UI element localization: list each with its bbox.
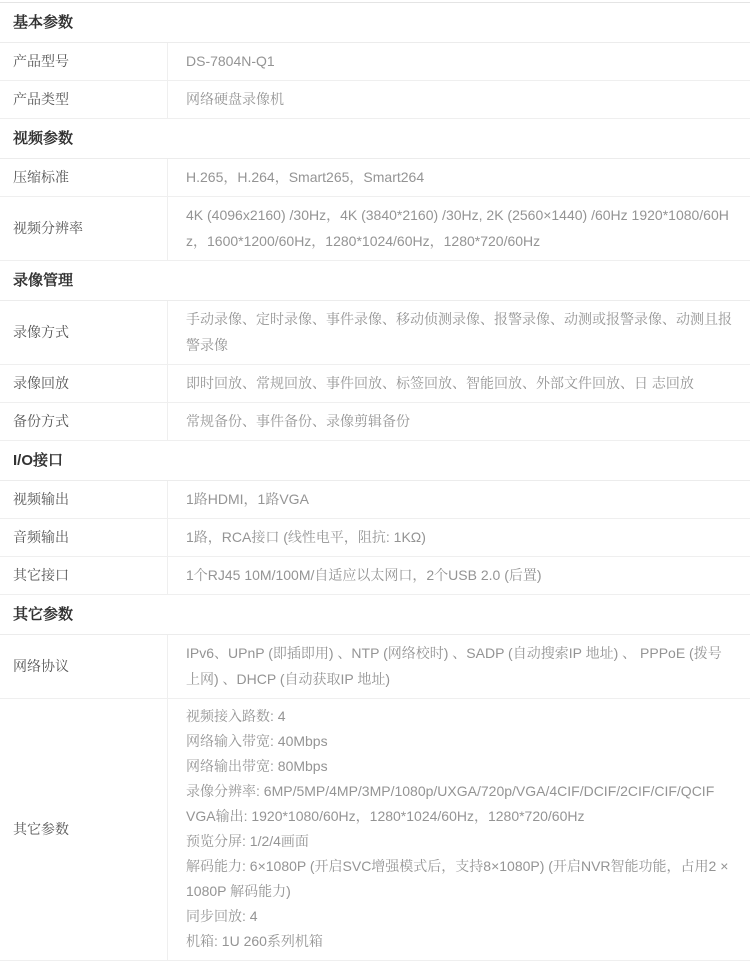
section-title: 其它参数 [0, 595, 750, 635]
spec-label: 网络协议 [0, 635, 168, 698]
section-recording-management: 录像管理 录像方式 手动录像、定时录像、事件录像、移动侦测录像、报警录像、动测或… [0, 261, 750, 441]
spec-value: 即时回放、常规回放、事件回放、标签回放、智能回放、外部文件回放、日 志回放 [168, 365, 750, 402]
section-title: 基本参数 [0, 3, 750, 43]
spec-label: 其它接口 [0, 557, 168, 594]
spec-value: 1个RJ45 10M/100M/自适应以太网口，2个USB 2.0 (后置) [168, 557, 750, 594]
spec-label: 压缩标准 [0, 159, 168, 196]
spec-label: 视频分辨率 [0, 197, 168, 260]
spec-label: 音频输出 [0, 519, 168, 556]
spec-label: 视频输出 [0, 481, 168, 518]
spec-value: 1路，RCA接口 (线性电平，阻抗: 1KΩ) [168, 519, 750, 556]
section-io-interface: I/O接口 视频输出 1路HDMI，1路VGA 音频输出 1路，RCA接口 (线… [0, 441, 750, 595]
spec-value: 1路HDMI，1路VGA [168, 481, 750, 518]
spec-row: 其它接口 1个RJ45 10M/100M/自适应以太网口，2个USB 2.0 (… [0, 557, 750, 595]
spec-value: IPv6、UPnP (即插即用) 、NTP (网络校时) 、SADP (自动搜索… [168, 635, 750, 698]
spec-row: 录像回放 即时回放、常规回放、事件回放、标签回放、智能回放、外部文件回放、日 志… [0, 365, 750, 403]
spec-row: 录像方式 手动录像、定时录像、事件录像、移动侦测录像、报警录像、动测或报警录像、… [0, 301, 750, 365]
spec-label: 产品型号 [0, 43, 168, 80]
spec-row: 视频分辨率 4K (4096x2160) /30Hz，4K (3840*2160… [0, 197, 750, 261]
spec-label: 其它参数 [0, 699, 168, 960]
section-basic-params: 基本参数 产品型号 DS-7804N-Q1 产品类型 网络硬盘录像机 [0, 3, 750, 119]
spec-value: DS-7804N-Q1 [168, 43, 750, 80]
spec-row: 产品型号 DS-7804N-Q1 [0, 43, 750, 81]
spec-value: 视频接入路数: 4 网络输入带宽: 40Mbps 网络输出带宽: 80Mbps … [168, 699, 750, 960]
spec-row: 产品类型 网络硬盘录像机 [0, 81, 750, 119]
section-title: 视频参数 [0, 119, 750, 159]
spec-label: 录像方式 [0, 301, 168, 364]
spec-value: 手动录像、定时录像、事件录像、移动侦测录像、报警录像、动测或报警录像、动测且报警… [168, 301, 750, 364]
spec-value: 常规备份、事件备份、录像剪辑备份 [168, 403, 750, 440]
section-video-params: 视频参数 压缩标准 H.265，H.264，Smart265，Smart264 … [0, 119, 750, 261]
section-title: I/O接口 [0, 441, 750, 481]
section-other-params: 其它参数 网络协议 IPv6、UPnP (即插即用) 、NTP (网络校时) 、… [0, 595, 750, 961]
spec-row: 网络协议 IPv6、UPnP (即插即用) 、NTP (网络校时) 、SADP … [0, 635, 750, 699]
section-title: 录像管理 [0, 261, 750, 301]
spec-value: 4K (4096x2160) /30Hz，4K (3840*2160) /30H… [168, 197, 750, 260]
spec-row: 视频输出 1路HDMI，1路VGA [0, 481, 750, 519]
spec-row: 压缩标准 H.265，H.264，Smart265，Smart264 [0, 159, 750, 197]
spec-label: 产品类型 [0, 81, 168, 118]
spec-label: 录像回放 [0, 365, 168, 402]
spec-value: 网络硬盘录像机 [168, 81, 750, 118]
spec-row: 备份方式 常规备份、事件备份、录像剪辑备份 [0, 403, 750, 441]
spec-value: H.265，H.264，Smart265，Smart264 [168, 159, 750, 196]
product-spec-table: 基本参数 产品型号 DS-7804N-Q1 产品类型 网络硬盘录像机 视频参数 … [0, 2, 750, 961]
spec-row: 其它参数 视频接入路数: 4 网络输入带宽: 40Mbps 网络输出带宽: 80… [0, 699, 750, 961]
spec-label: 备份方式 [0, 403, 168, 440]
spec-row: 音频输出 1路，RCA接口 (线性电平，阻抗: 1KΩ) [0, 519, 750, 557]
